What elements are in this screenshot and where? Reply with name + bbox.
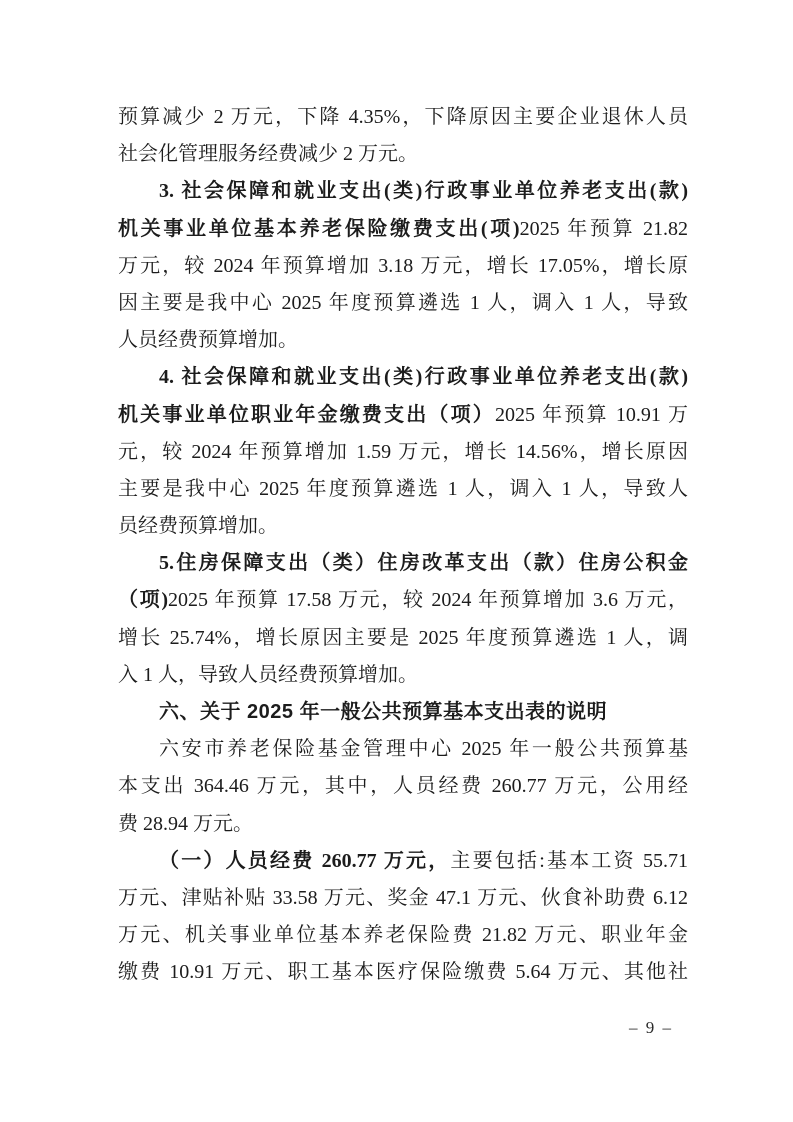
text-run: 3. 社会保障和就业支出(类)行政事业单位养老支出(款) bbox=[159, 180, 688, 202]
text-line: 增长 25.74%，增长原因主要是 2025 年度预算遴选 1 人，调 bbox=[118, 620, 688, 657]
text-line: 万元、津贴补贴 33.58 万元、奖金 47.1 万元、伙食补助费 6.12 bbox=[118, 880, 688, 917]
text-run: 六安市养老保险基金管理中心 2025 年一般公共预算基 bbox=[159, 738, 688, 760]
text-run: （一）人员经费 260.77 万元， bbox=[159, 850, 450, 872]
section-heading-run: 六、关于 2025 年一般公共预算基本支出表的说明 bbox=[159, 701, 607, 723]
text-run: 2025 年预算 10.91 万 bbox=[495, 404, 688, 426]
text-run: 2025 年预算 21.82 bbox=[520, 218, 688, 240]
text-run: 元，较 2024 年预算增加 1.59 万元，增长 14.56%，增长原因 bbox=[118, 441, 688, 463]
text-run: 万元、机关事业单位基本养老保险费 21.82 万元、职业年金 bbox=[118, 924, 688, 946]
text-run: 入 1 人，导致人员经费预算增加。 bbox=[118, 664, 418, 686]
text-run: 5.住房保障支出（类）住房改革支出（款）住房公积金 bbox=[159, 552, 688, 574]
text-line: 六、关于 2025 年一般公共预算基本支出表的说明 bbox=[118, 694, 688, 731]
text-run: 员经费预算增加。 bbox=[118, 515, 278, 537]
text-run: 本支出 364.46 万元，其中，人员经费 260.77 万元，公用经 bbox=[118, 775, 688, 797]
text-line: 因主要是我中心 2025 年度预算遴选 1 人，调入 1 人，导致 bbox=[118, 285, 688, 322]
text-line: 费 28.94 万元。 bbox=[118, 806, 688, 843]
text-line: 机关事业单位基本养老保险缴费支出(项)2025 年预算 21.82 bbox=[118, 211, 688, 248]
text-run: 增长 25.74%，增长原因主要是 2025 年度预算遴选 1 人，调 bbox=[118, 627, 688, 649]
text-line: 社会化管理服务经费减少 2 万元。 bbox=[118, 136, 688, 173]
document-body-text: 预算减少 2 万元，下降 4.35%，下降原因主要企业退休人员社会化管理服务经费… bbox=[118, 99, 688, 992]
text-line: （项)2025 年预算 17.58 万元，较 2024 年预算增加 3.6 万元… bbox=[118, 582, 688, 619]
text-run: 社会化管理服务经费减少 2 万元。 bbox=[118, 143, 418, 165]
text-line: 本支出 364.46 万元，其中，人员经费 260.77 万元，公用经 bbox=[118, 768, 688, 805]
text-line: 万元、机关事业单位基本养老保险费 21.82 万元、职业年金 bbox=[118, 917, 688, 954]
text-line: 缴费 10.91 万元、职工基本医疗保险缴费 5.64 万元、其他社 bbox=[118, 954, 688, 991]
text-line: 员经费预算增加。 bbox=[118, 508, 688, 545]
text-run: 主要是我中心 2025 年度预算遴选 1 人，调入 1 人，导致人 bbox=[118, 478, 688, 500]
text-run: 费 28.94 万元。 bbox=[118, 813, 253, 835]
text-line: 预算减少 2 万元，下降 4.35%，下降原因主要企业退休人员 bbox=[118, 99, 688, 136]
text-run: 万元，较 2024 年预算增加 3.18 万元，增长 17.05%，增长原 bbox=[118, 255, 688, 277]
text-run: 2025 年预算 17.58 万元，较 2024 年预算增加 3.6 万元， bbox=[168, 589, 688, 611]
text-line: （一）人员经费 260.77 万元，主要包括:基本工资 55.71 bbox=[118, 843, 688, 880]
text-line: 人员经费预算增加。 bbox=[118, 322, 688, 359]
text-line: 机关事业单位职业年金缴费支出（项）2025 年预算 10.91 万 bbox=[118, 397, 688, 434]
text-run: 机关事业单位基本养老保险缴费支出(项) bbox=[118, 218, 520, 240]
text-run: （项) bbox=[118, 589, 168, 611]
text-run: 缴费 10.91 万元、职工基本医疗保险缴费 5.64 万元、其他社 bbox=[118, 961, 688, 983]
text-line: 5.住房保障支出（类）住房改革支出（款）住房公积金 bbox=[118, 545, 688, 582]
document-page: 预算减少 2 万元，下降 4.35%，下降原因主要企业退休人员社会化管理服务经费… bbox=[0, 0, 793, 1122]
text-run: 预算减少 2 万元，下降 4.35%，下降原因主要企业退休人员 bbox=[118, 106, 688, 128]
text-run: 因主要是我中心 2025 年度预算遴选 1 人，调入 1 人，导致 bbox=[118, 292, 688, 314]
page-number: – 9 – bbox=[629, 1016, 673, 1040]
text-line: 六安市养老保险基金管理中心 2025 年一般公共预算基 bbox=[118, 731, 688, 768]
text-line: 4. 社会保障和就业支出(类)行政事业单位养老支出(款) bbox=[118, 359, 688, 396]
text-line: 元，较 2024 年预算增加 1.59 万元，增长 14.56%，增长原因 bbox=[118, 434, 688, 471]
text-run: 机关事业单位职业年金缴费支出（项） bbox=[118, 404, 495, 426]
text-line: 主要是我中心 2025 年度预算遴选 1 人，调入 1 人，导致人 bbox=[118, 471, 688, 508]
text-run: 万元、津贴补贴 33.58 万元、奖金 47.1 万元、伙食补助费 6.12 bbox=[118, 887, 688, 909]
text-run: 4. 社会保障和就业支出(类)行政事业单位养老支出(款) bbox=[159, 366, 688, 388]
text-line: 入 1 人，导致人员经费预算增加。 bbox=[118, 657, 688, 694]
text-line: 3. 社会保障和就业支出(类)行政事业单位养老支出(款) bbox=[118, 173, 688, 210]
text-line: 万元，较 2024 年预算增加 3.18 万元，增长 17.05%，增长原 bbox=[118, 248, 688, 285]
text-run: 人员经费预算增加。 bbox=[118, 329, 298, 351]
text-run: 主要包括:基本工资 55.71 bbox=[450, 850, 688, 872]
